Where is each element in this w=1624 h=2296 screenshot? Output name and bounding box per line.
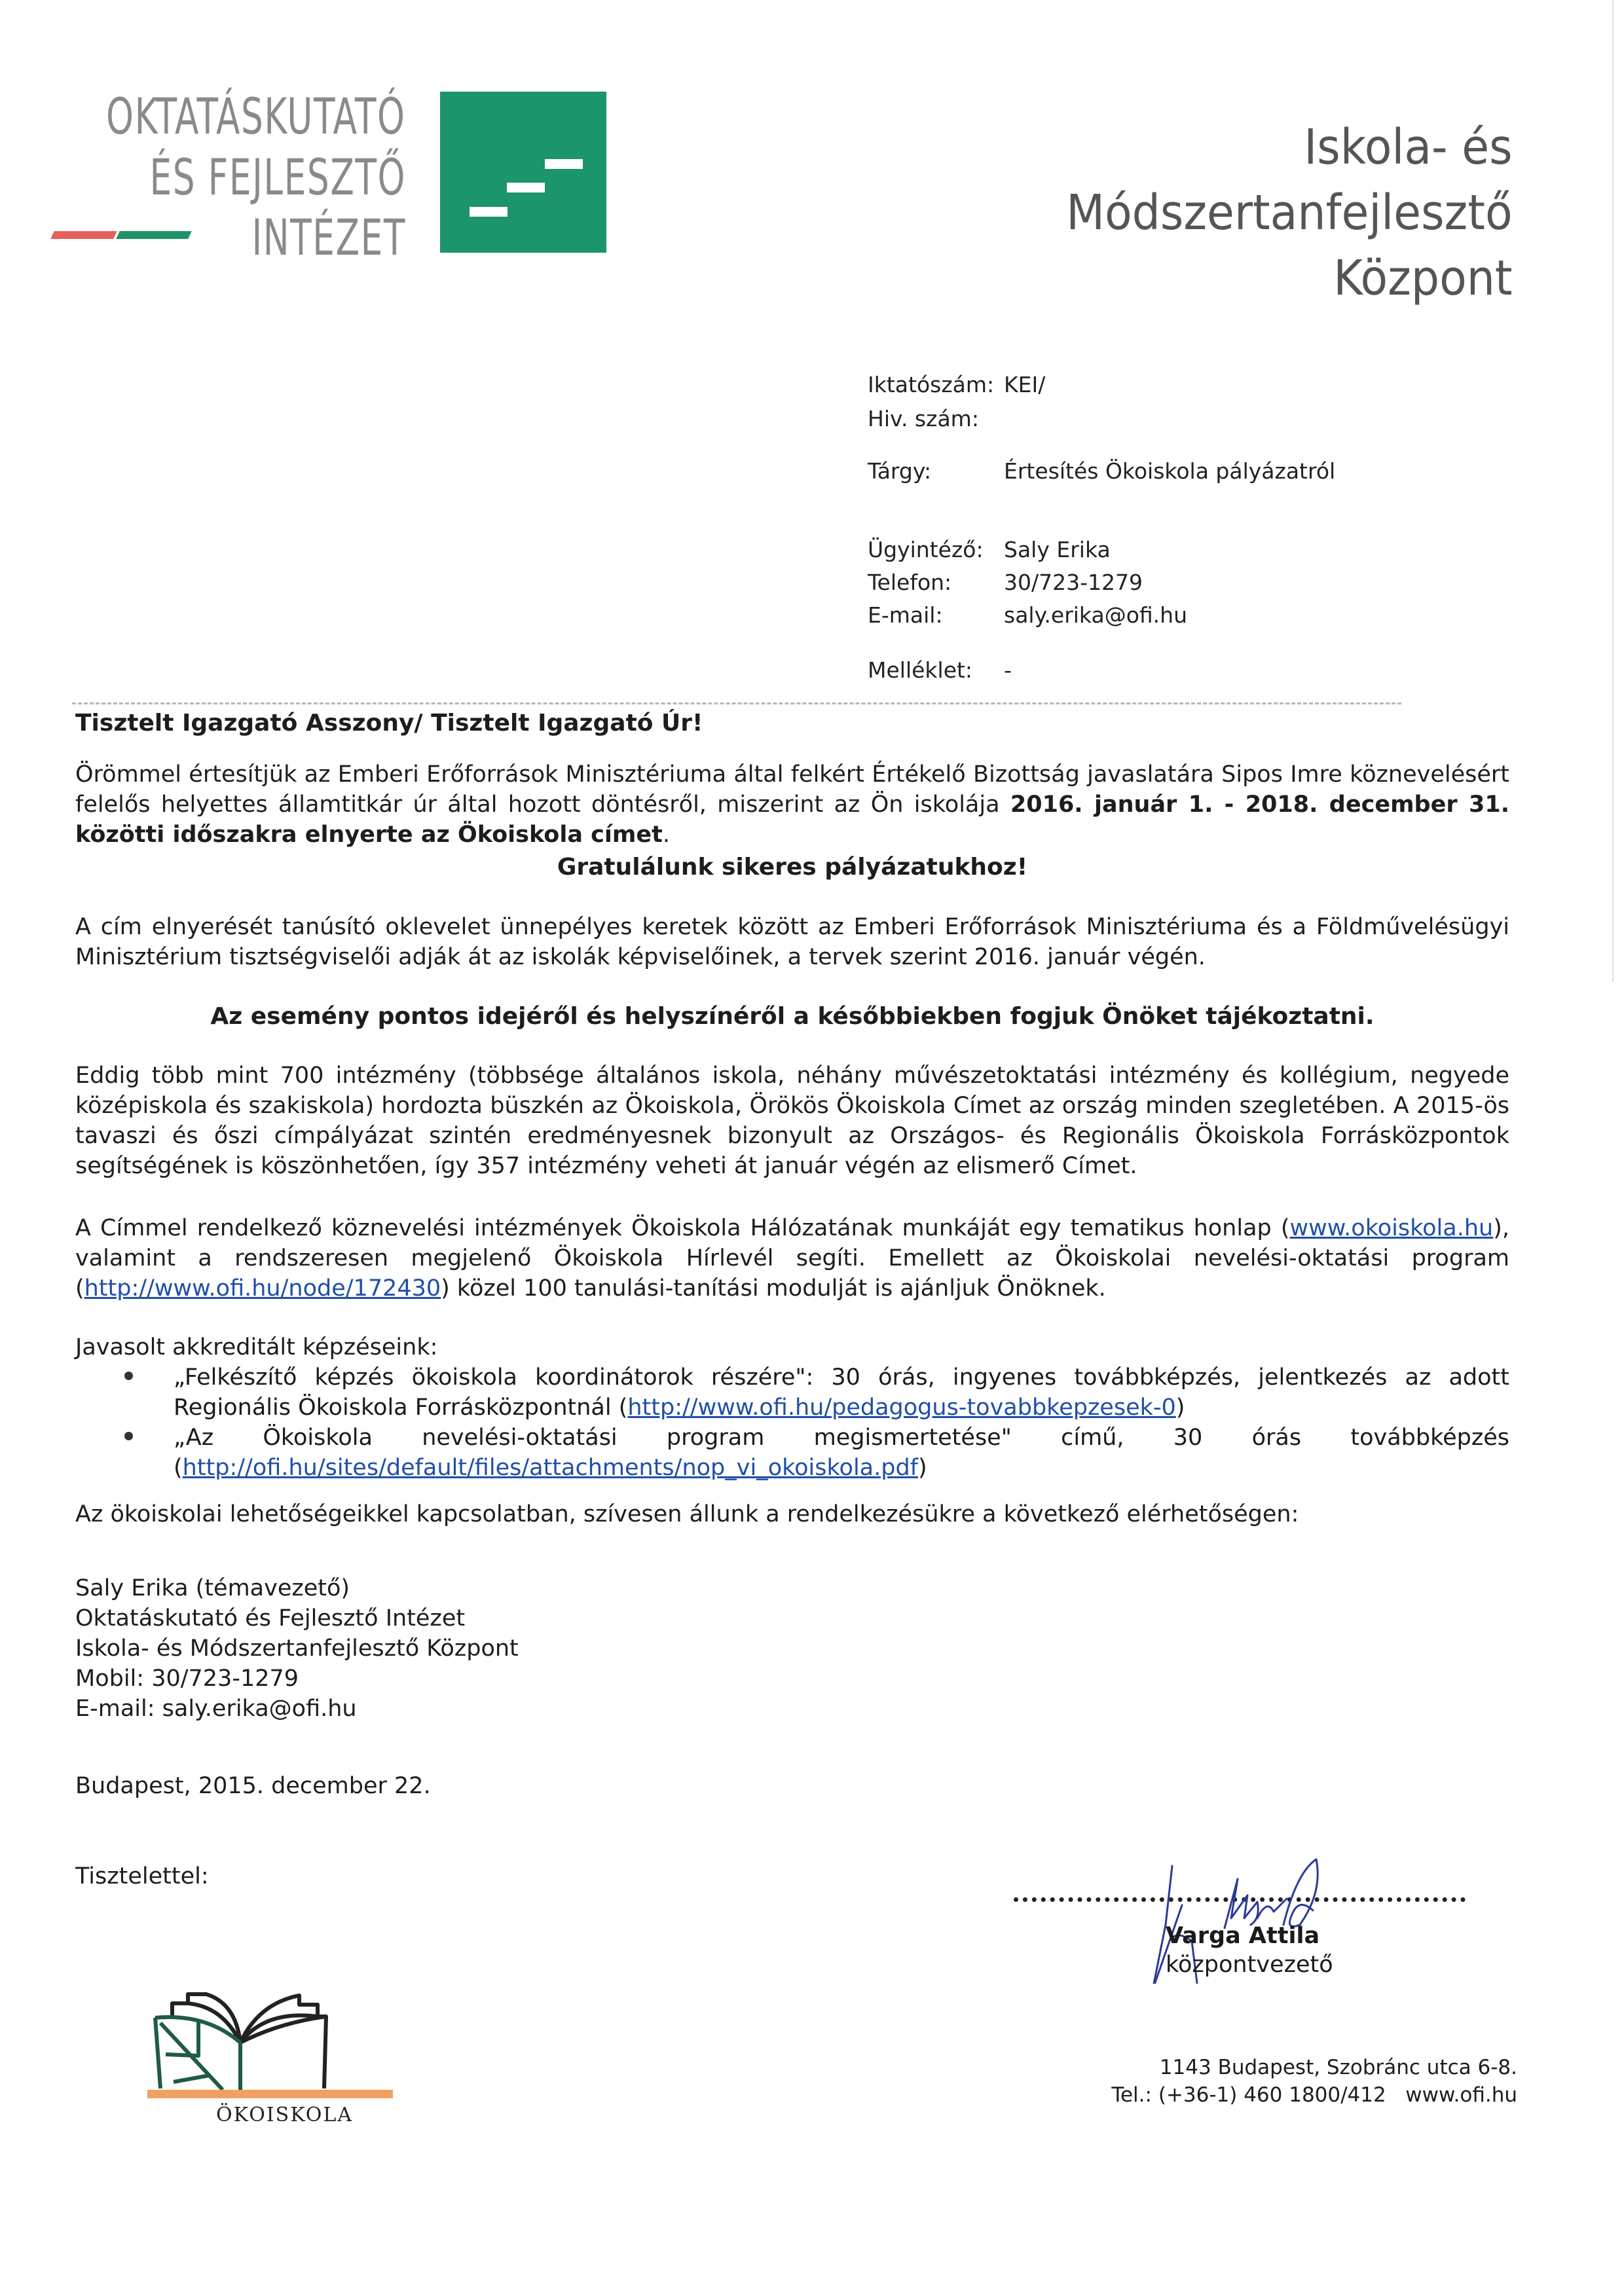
header-divider: [72, 702, 1401, 704]
paragraph-contact-intro: Az ökoiskolai lehetőségeikkel kapcsolatb…: [75, 1499, 1509, 1529]
okoiskola-label: ÖKOISKOLA: [216, 2104, 353, 2126]
training-link[interactable]: http://ofi.hu/sites/default/files/attach…: [183, 1455, 918, 1481]
paragraph-ceremony: A cím elnyerését tanúsító oklevelet ünne…: [75, 912, 1509, 972]
trainings-heading: Javasolt akkreditált képzéseink:: [75, 1332, 1509, 1362]
meta-melleklet: Melléklet: -: [868, 659, 1457, 685]
meta-email: E-mail: saly.erika@ofi.hu: [868, 604, 1457, 630]
congratulations: Gratulálunk sikeres pályázatukhoz!: [75, 852, 1509, 883]
training-link[interactable]: http://www.ofi.hu/pedagogus-tovabbkepzes…: [627, 1394, 1175, 1421]
logo-text-line3: INTÉZET: [251, 213, 406, 263]
paragraph-announcement: Örömmel értesítjük az Emberi Erőforrások…: [75, 759, 1509, 850]
center-name-line1: Iskola- és: [1067, 115, 1513, 180]
logo-red-stripe: [50, 231, 117, 239]
contact-center: Iskola- és Módszertanfejlesztő Központ: [75, 1633, 1509, 1664]
scan-edge-line: [1612, 0, 1614, 982]
center-name-line2: Módszertanfejlesztő: [1067, 180, 1513, 246]
logo-text-line2: ÉS FEJLESZTŐ: [149, 153, 406, 202]
contact-name: Saly Erika (témavezető): [75, 1573, 1509, 1603]
institute-address: 1143 Budapest, Szobránc utca 6-8.Tel.: (…: [1111, 2054, 1517, 2109]
logo-steps-icon: [440, 92, 606, 253]
letter-date: Budapest, 2015. december 22.: [75, 1771, 1509, 1801]
contact-email: E-mail: saly.erika@ofi.hu: [75, 1694, 1509, 1724]
event-notice: Az esemény pontos idejéről és helyszínér…: [75, 1002, 1509, 1032]
meta-telefon: Telefon: 30/723-1279: [868, 572, 1457, 598]
center-name: Iskola- és Módszertanfejlesztő Központ: [1027, 115, 1513, 311]
trainings-list: „Felkészítő képzés ökoiskola koordinátor…: [124, 1362, 1509, 1483]
meta-targy: Tárgy: Értesítés Ökoiskola pályázatról: [868, 460, 1457, 486]
signer-title: központvezető: [1166, 1950, 1297, 1979]
phone-web-line: Tel.: (+36-1) 460 1800/412 www.ofi.hu: [1111, 2081, 1517, 2109]
address-line: 1143 Budapest, Szobránc utca 6-8.: [1111, 2054, 1517, 2081]
meta-ugyintezo: Ügyintéző: Saly Erika: [868, 539, 1457, 565]
meta-iktatoszam: Iktatószám: KEI/: [868, 374, 1457, 400]
center-name-line3: Központ: [1067, 246, 1513, 311]
bullet-icon: [124, 1432, 133, 1440]
meta-hiv-szam: Hiv. szám:: [868, 408, 1457, 434]
signer-block: Varga Attila központvezető: [1166, 1922, 1297, 1979]
okoiskola-book-logo-icon: [147, 1977, 409, 2102]
okoiskola-website-link[interactable]: www.okoiskola.hu: [1290, 1215, 1494, 1241]
logo-text-line1: OKTATÁSKUTATÓ: [106, 92, 406, 141]
contact-block: Saly Erika (témavezető) Oktatáskutató és…: [75, 1573, 1509, 1724]
list-item: „Felkészítő képzés ökoiskola koordinátor…: [124, 1362, 1509, 1423]
salutation: Tisztelt Igazgató Asszony/ Tisztelt Igaz…: [75, 708, 1509, 738]
paragraph-network: A Címmel rendelkező köznevelési intézmén…: [75, 1213, 1509, 1303]
contact-institute: Oktatáskutató és Fejlesztő Intézet: [75, 1603, 1509, 1633]
list-item: „Az Ökoiskola nevelési-oktatási program …: [124, 1423, 1509, 1483]
bullet-icon: [124, 1372, 133, 1380]
paragraph-history: Eddig több mint 700 intézmény (többsége …: [75, 1061, 1509, 1181]
signer-name: Varga Attila: [1166, 1922, 1297, 1950]
logo-green-stripe: [116, 231, 192, 239]
contact-mobile: Mobil: 30/723-1279: [75, 1664, 1509, 1694]
ofi-node-link[interactable]: http://www.ofi.hu/node/172430: [84, 1275, 441, 1302]
